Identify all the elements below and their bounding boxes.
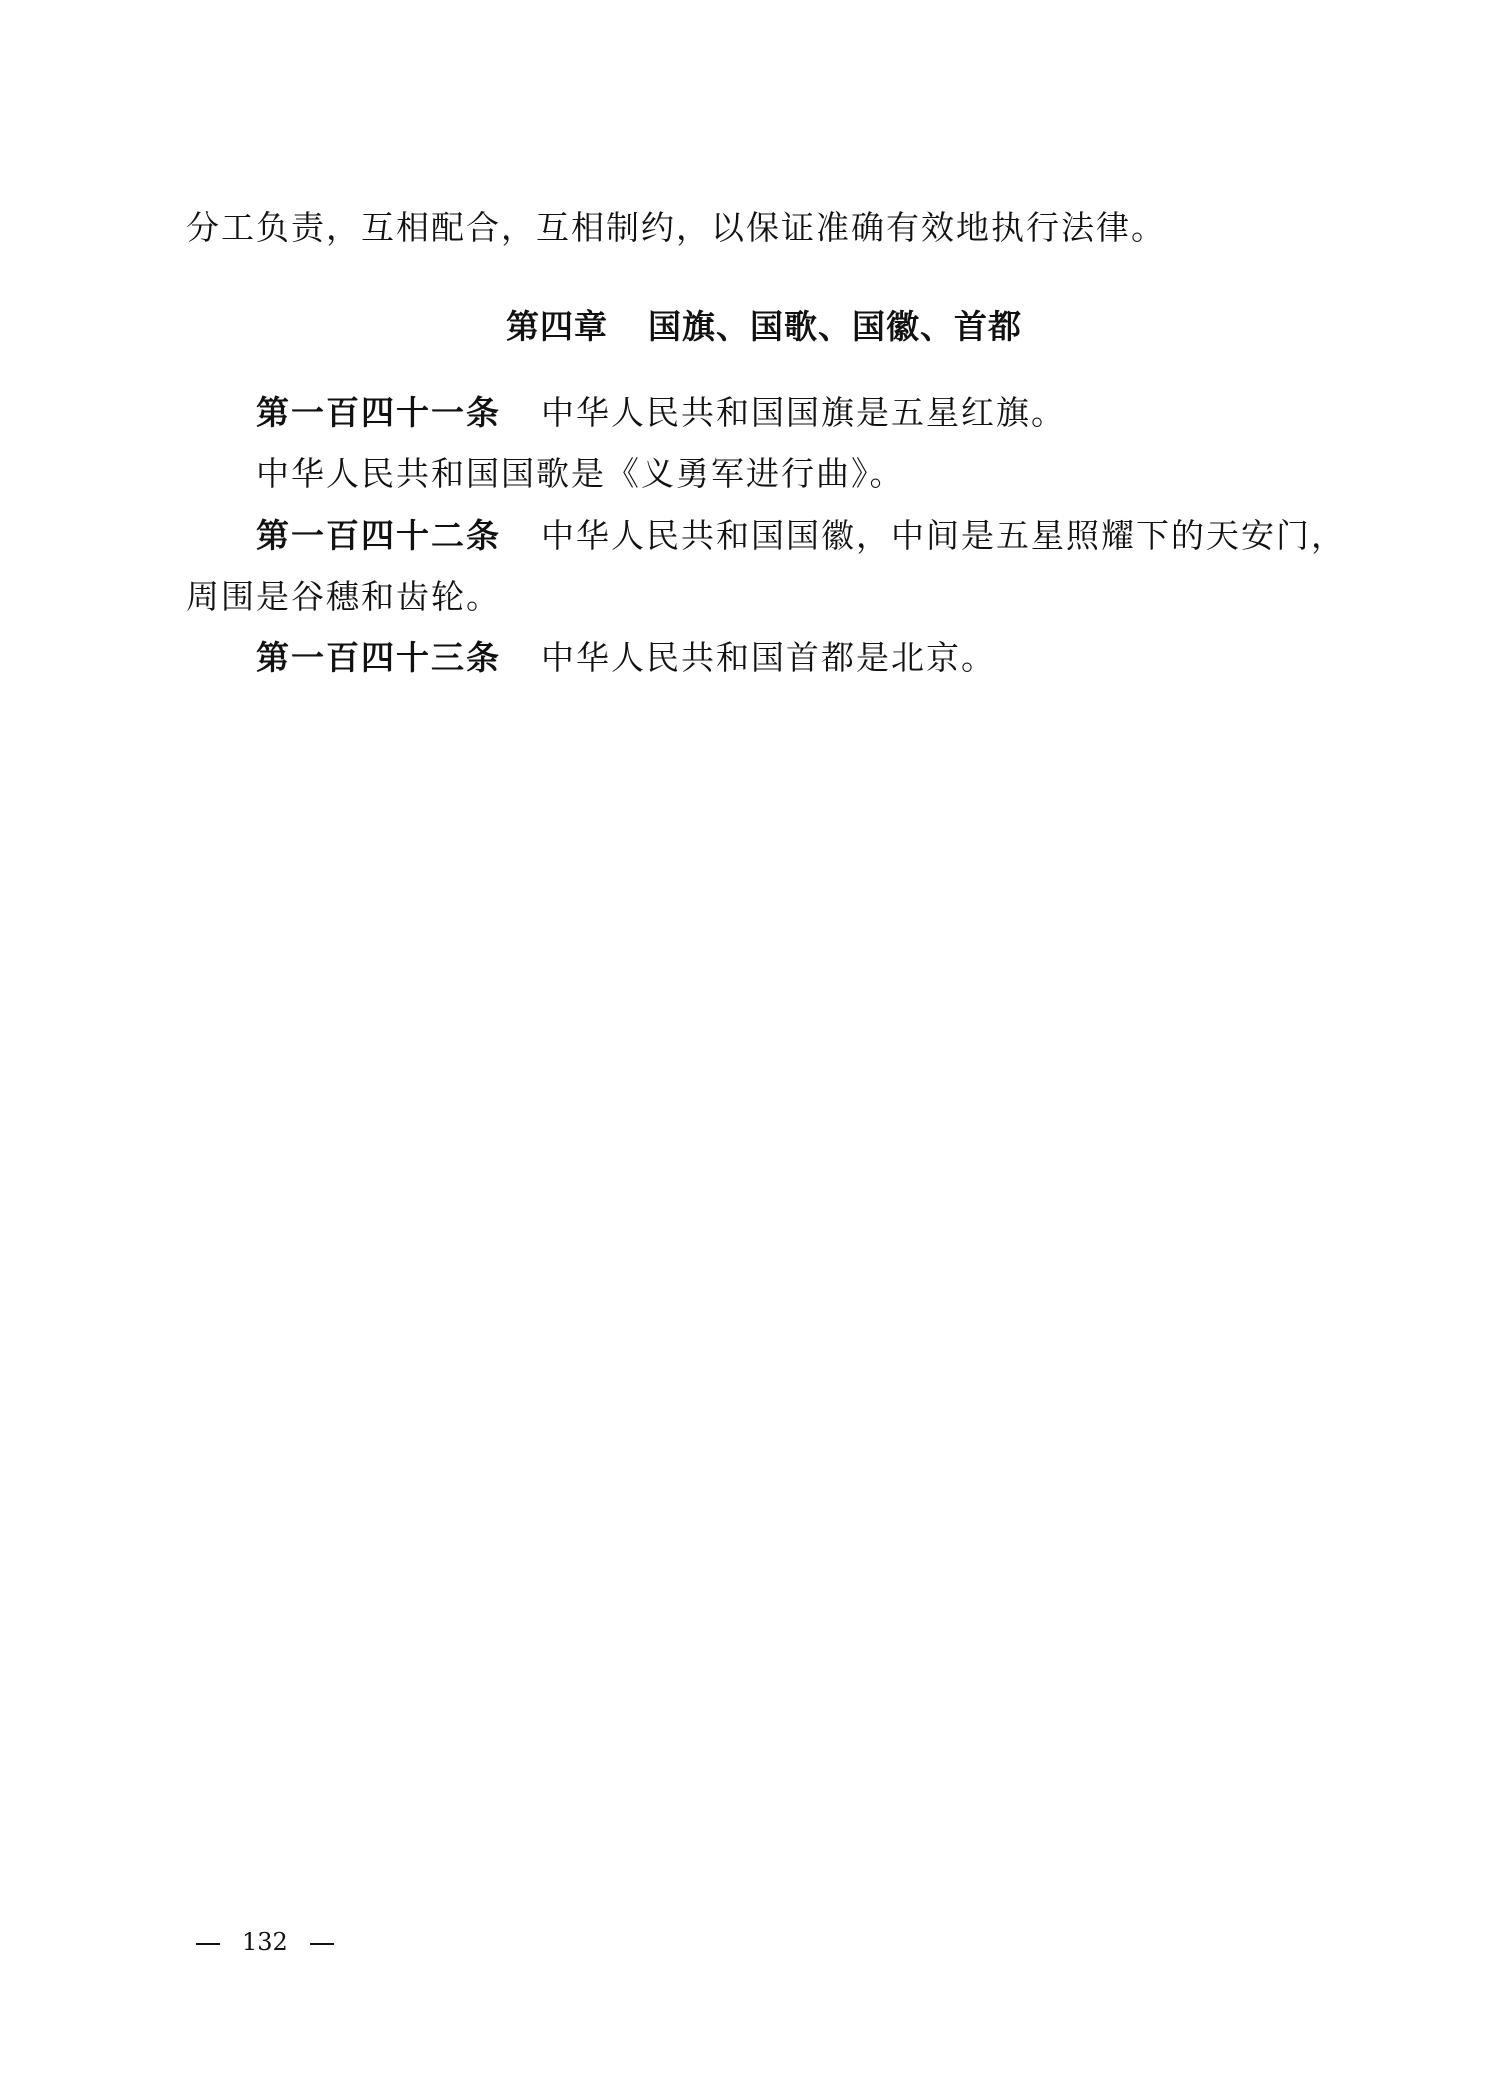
article-141-paragraph-2: 中华人民共和国国歌是《义勇军进行曲》。 bbox=[256, 456, 905, 492]
article-text: 中华人民共和国国徽，中间是五星照耀下的天安门， bbox=[541, 516, 1346, 555]
article-text: 中华人民共和国首都是北京。 bbox=[541, 638, 996, 677]
chapter-number: 第四章 bbox=[506, 307, 608, 346]
article-label: 第一百四十二条 bbox=[256, 516, 501, 555]
continuation-paragraph: 分工负责，互相配合，互相制约，以保证准确有效地执行法律。 bbox=[186, 210, 1166, 246]
dash-left bbox=[196, 1943, 220, 1945]
article-label: 第一百四十一条 bbox=[256, 393, 501, 432]
chapter-heading: 第四章国旗、国歌、国徽、首都 bbox=[0, 308, 1488, 346]
page-number: 132 bbox=[242, 1928, 288, 1956]
chapter-title: 国旗、国歌、国徽、首都 bbox=[648, 307, 1022, 346]
article-text: 中华人民共和国国旗是五星红旗。 bbox=[541, 393, 1066, 432]
article-141: 第一百四十一条中华人民共和国国旗是五星红旗。 bbox=[256, 395, 1066, 431]
article-text: 中华人民共和国国歌是《义勇军进行曲》。 bbox=[256, 454, 905, 493]
article-142: 第一百四十二条中华人民共和国国徽，中间是五星照耀下的天安门， bbox=[256, 518, 1346, 554]
article-label: 第一百四十三条 bbox=[256, 638, 501, 677]
dash-right bbox=[310, 1943, 334, 1945]
page-footer: 132 bbox=[196, 1928, 334, 1956]
article-142-continuation: 周围是谷穗和齿轮。 bbox=[186, 579, 501, 615]
article-143: 第一百四十三条中华人民共和国首都是北京。 bbox=[256, 640, 996, 676]
